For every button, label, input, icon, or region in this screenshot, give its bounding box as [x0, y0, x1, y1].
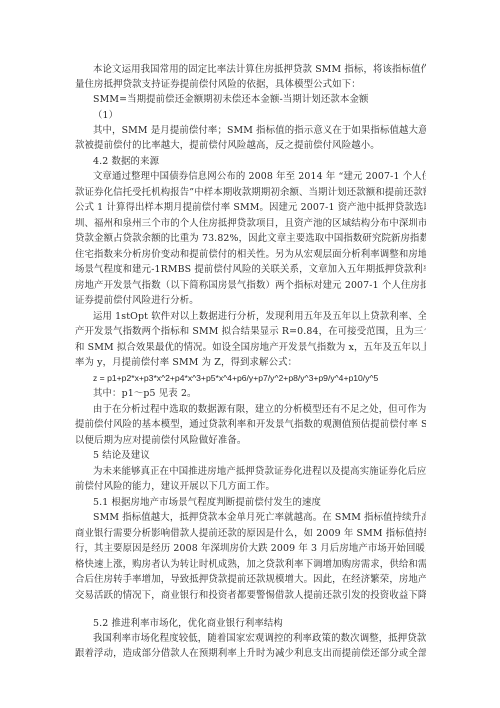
paragraph-line: 其中，SMM 是月提前偿付率；SMM 指标值的指示意义在于如果指标值越大意味着贷	[93, 123, 426, 138]
paragraph-line: 款证券化信托受托机构报告”中样本期收款期期初余额、当期计划还款额和提前还款额通过	[75, 185, 426, 200]
paragraph-line: 场景气程度和建元-1RMBS 提前偿付风险的关联关系，文章加入五年期抵押贷款利率…	[75, 262, 426, 277]
paragraph-line: 量住房抵押贷款支持证券提前偿付风险的依据，具体模型公式如下：	[75, 77, 426, 92]
paragraph-line: 本论文运用我国常用的固定比率法计算住房抵押贷款 SMM 指标，将该指标值作为度	[93, 62, 426, 77]
paragraph-line: 交易活跃的情况下，商业银行和投资者都要警惕借款人提前还款引发的投资收益下降风险。	[75, 588, 426, 603]
paragraph-line: 运用 1stOpt 软件对以上数据进行分析，发现利用五年及五年以上贷款利率、全国…	[93, 309, 426, 324]
paragraph-line: 证券提前偿付风险进行分析。	[75, 293, 426, 308]
paragraph-line: 圳、福州和泉州三个市的个人住房抵押贷款项目，且资产池的区域结构分布中深圳市抵押	[75, 216, 426, 231]
paragraph-line: 和 SMM 拟合效果最优的情况。如设全国房地产开发景气指数为 x，五年及五年以上…	[75, 340, 426, 355]
equation-number: （1）	[93, 108, 426, 123]
paragraph-line: 房地产开发景气指数（以下简称国房景气指数）两个指标对建元 2007-1 个人住房…	[75, 278, 426, 293]
paragraph-line: 我国利率市场化程度较低，随着国家宏观调控的利率政策的数次调整，抵押贷款利率	[93, 631, 426, 646]
paragraph-line: 前偿付风险的能力，建议开展以下几方面工作。	[75, 479, 426, 494]
paragraph-line: 行，其主要原因是经历 2008 年深圳房价大跌 2009 年 3 月后房地产市场…	[75, 541, 426, 556]
paragraph-line: 由于在分析过程中选取的数据源有限，建立的分析模型还有不足之处，但可作为预测	[93, 402, 426, 417]
paragraph-line: 为未来能够真正在中国推进房地产抵押贷款证券化进程以及提高实施证券化后应对提	[93, 464, 426, 479]
section-heading: 4.2 数据的来源	[93, 154, 426, 169]
section-heading: 5.2 推进利率市场化，优化商业银行利率结构	[93, 616, 426, 631]
paragraph-line: SMM 指标值越大，抵押贷款本金单月死亡率就越高。在 SMM 指标值持续升高的年…	[93, 510, 426, 525]
paragraph-line: 其中：p1～p5 见表 2。	[93, 386, 426, 401]
paragraph-line: 率为 y，月提前偿付率 SMM 为 Z，得到求解公式：	[75, 355, 426, 370]
paragraph-line: 提前偿付风险的基本模型，通过贷款利率和开发景气指数的观测值预估提前偿付率 SMM…	[75, 417, 426, 432]
paragraph-line: 住宅指数来分析房价变动和提前偿付的相关性。另为从宏观层面分析利率调整和房地产市	[75, 247, 426, 262]
paragraph-line: 产开发景气指数两个指标和 SMM 拟合结果显示 R=0.84，在可接受范围，且为…	[75, 324, 426, 339]
paragraph-line: 款被提前偿付的比率越大，提前偿付风险越高，反之提前偿付风险越小。	[75, 138, 426, 153]
paragraph-line: 以便后期为应对提前偿付风险做好准备。	[75, 433, 426, 448]
paragraph-line: 贷款金额占贷款余额的比重为 73.82%，因此文章主要选取中国指数研究院新房指数…	[75, 231, 426, 246]
paragraph-line: 文章通过整理中国债券信息网公布的 2008 年至 2014 年 “建元 2007…	[93, 169, 426, 184]
paragraph-line: 商业银行需要分析影响借款人提前还款的原因是什么，如 2009 年 SMM 指标值…	[75, 526, 426, 541]
section-heading: 5.1 根据房地产市场景气程度判断提前偿付发生的速度	[93, 495, 426, 510]
document-page: 本论文运用我国常用的固定比率法计算住房抵押贷款 SMM 指标，将该指标值作为度 …	[0, 0, 500, 708]
formula-line: z = p1+p2*x+p3*x^2+p4*x^3+p5*x^4+p6/y+p7…	[93, 371, 433, 386]
section-heading: 5 结论及建议	[93, 448, 426, 463]
paragraph-line: 合后住房转手率增加，导致抵押贷款提前还款规模增大。因此，在经济繁荣，房地产市场	[75, 572, 426, 587]
paragraph-line: 格快速上涨，购房者认为转让时机成熟，加之贷款利率下调增加购房需求，供给和需求契	[75, 557, 426, 572]
paragraph-line: 公式 1 计算得出样本期月提前偿付率 SMM。因建元 2007-1 资产池中抵押…	[75, 200, 426, 215]
paragraph-line: 跟着浮动，造成部分借款人在预期利率上升时为减少利息支出而提前偿还部分或全部贷款，	[75, 646, 426, 661]
formula-line: SMM=当期提前偿还金额期初未偿还本金额-当期计划还款本金额	[93, 92, 426, 107]
